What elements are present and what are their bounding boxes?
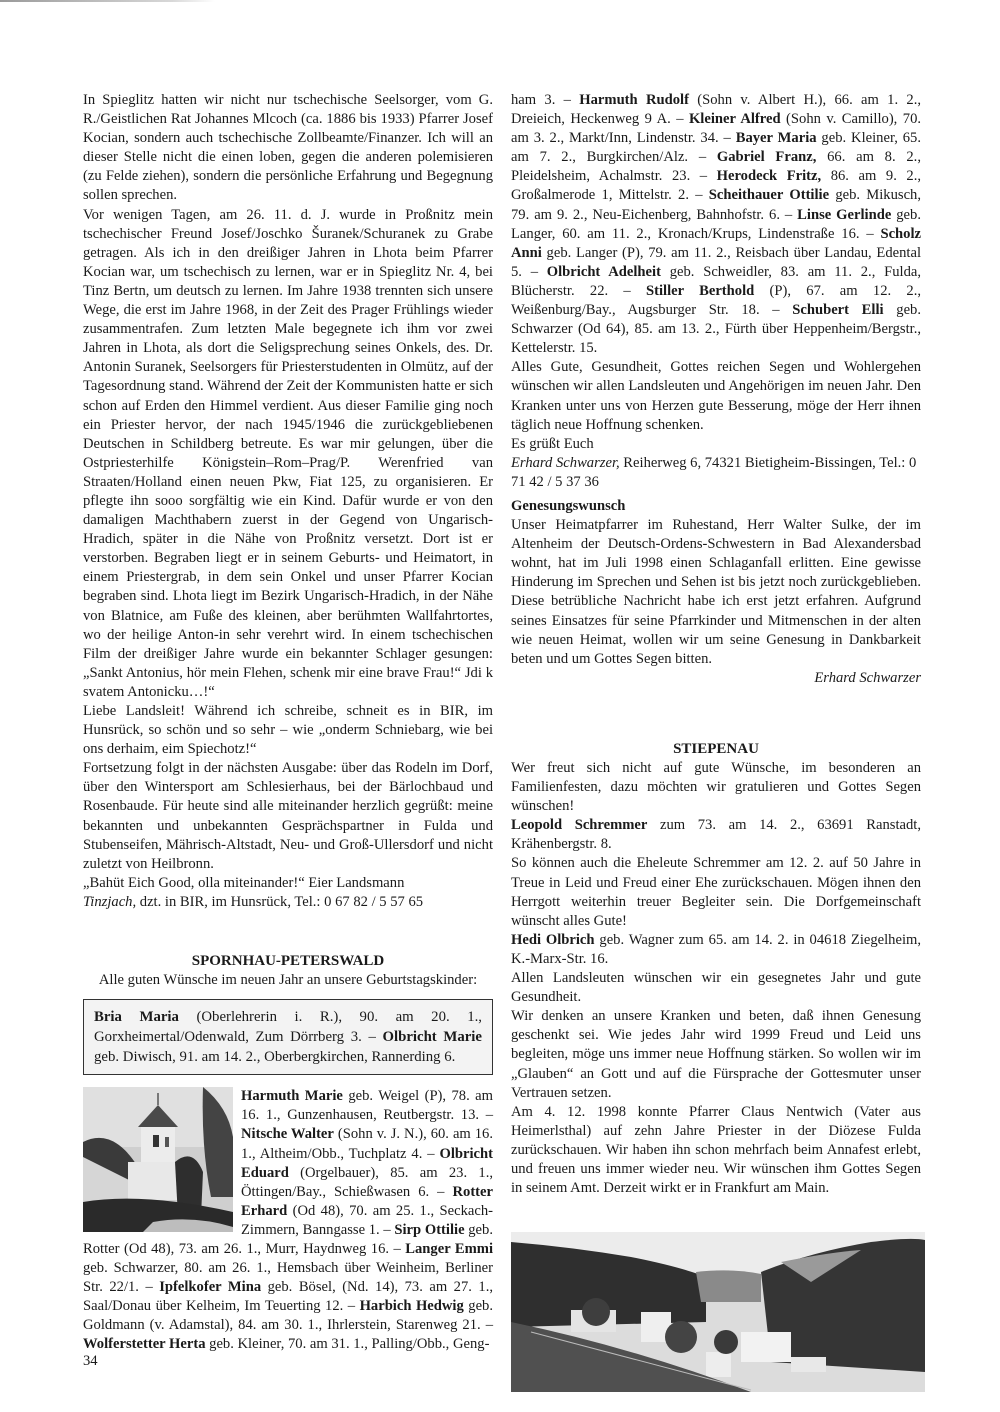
- paragraph: „Bahüt Eich Good, olla miteinander!“ Eie…: [83, 874, 493, 893]
- genesung-paragraph: Unser Heimatpfarrer im Ruhestand, Herr W…: [511, 516, 921, 669]
- section-intro: Alle guten Wünsche im neuen Jahr an unse…: [83, 971, 493, 990]
- birthday-name: Bria Maria: [94, 1009, 179, 1025]
- author-location: dzt. in BIR, im Hunsrück, Tel.: 0 67 82 …: [136, 894, 423, 910]
- birthday-name: Harbich Hedwig: [360, 1298, 464, 1314]
- paragraph: Fortsetzung folgt in der nächsten Ausgab…: [83, 759, 493, 874]
- greeting: Es grüßt Euch: [511, 435, 921, 454]
- birthday-name: Hedi Olbrich: [511, 932, 595, 948]
- sick-paragraph: Wir denken an unsere Kranken und beten, …: [511, 1007, 921, 1102]
- birthday-name: Herodeck Fritz,: [717, 168, 822, 184]
- birthday-name: Gabriel Franz,: [717, 149, 817, 165]
- birthday-name: Harmuth Marie: [241, 1088, 343, 1104]
- stiepenau-entry: Leopold Schremmer zum 73. am 14. 2., 636…: [511, 816, 921, 854]
- genesung-signature: Erhard Schwarzer: [511, 669, 921, 688]
- author-name: Erhard Schwarzer,: [511, 455, 620, 471]
- birthday-list-continued: ham 3. – Harmuth Rudolf (Sohn v. Albert …: [511, 91, 921, 358]
- birthday-name: Bayer Maria: [736, 130, 817, 146]
- birthday-name: Sirp Ottilie: [394, 1222, 464, 1238]
- section-heading: SPORNHAU-PETERSWALD: [83, 952, 493, 971]
- village-valley-photo: [511, 1232, 925, 1392]
- birthday-name: Harmuth Rudolf: [579, 92, 689, 108]
- paragraph: Liebe Landsleit! Während ich schreibe, s…: [83, 702, 493, 759]
- author-signoff: Tinzjach, dzt. in BIR, im Hunsrück, Tel.…: [83, 893, 493, 912]
- anniversary-paragraph: So können auch die Eheleute Schremmer am…: [511, 854, 921, 930]
- birthday-name: Leopold Schremmer: [511, 817, 647, 833]
- birthday-name: Linse Gerlinde: [797, 207, 891, 223]
- birthday-name: Wolferstetter Herta: [83, 1336, 206, 1352]
- wishes-paragraph: Alles Gute, Gesundheit, Gottes reichen S…: [511, 358, 921, 434]
- author-signature: Erhard Schwarzer, Reiherweg 6, 74321 Bie…: [511, 454, 921, 492]
- birthday-name: Nitsche Walter: [241, 1126, 334, 1142]
- birthday-name: Ipfelkofer Mina: [159, 1279, 261, 1295]
- birthday-name: Schubert Elli: [792, 302, 883, 318]
- stiepenau-heading: STIEPENAU: [511, 740, 921, 759]
- paragraph: In Spieglitz hatten wir nicht nur tschec…: [83, 91, 493, 206]
- right-column: ham 3. – Harmuth Rudolf (Sohn v. Albert …: [511, 91, 921, 1392]
- birthday-list: Harmuth Marie geb. Weigel (P), 78. am 16…: [83, 1087, 493, 1354]
- priest-paragraph: Am 4. 12. 1998 konnte Pfarrer Claus Nent…: [511, 1103, 921, 1198]
- birthday-name: Langer Emmi: [405, 1241, 493, 1257]
- boxed-birthday-notice: Bria Maria (Oberlehrerin i. R.), 90. am …: [83, 999, 493, 1075]
- church-photo: [83, 1087, 233, 1232]
- birthday-name: Stiller Berthold: [646, 283, 754, 299]
- stiepenau-entry: Hedi Olbrich geb. Wagner zum 65. am 14. …: [511, 931, 921, 969]
- scan-edge-artifact: [0, 0, 215, 2]
- birthday-name: Kleiner Alfred: [689, 111, 781, 127]
- author-name: Tinzjach,: [83, 894, 136, 910]
- birthday-name: Scheithauer Ottilie: [709, 187, 829, 203]
- left-column: In Spieglitz hatten wir nicht nur tschec…: [83, 91, 493, 1355]
- birthday-name: Olbricht Adelheit: [547, 264, 661, 280]
- genesung-heading: Genesungswunsch: [511, 497, 921, 516]
- birthday-name: Olbricht Marie: [382, 1029, 482, 1045]
- blessing-paragraph: Allen Landsleuten wünschen wir ein geseg…: [511, 969, 921, 1007]
- paragraph: Vor wenigen Tagen, am 26. 11. d. J. wurd…: [83, 206, 493, 702]
- stiepenau-intro: Wer freut sich nicht auf gute Wünsche, i…: [511, 759, 921, 816]
- page-number: 34: [83, 1353, 98, 1370]
